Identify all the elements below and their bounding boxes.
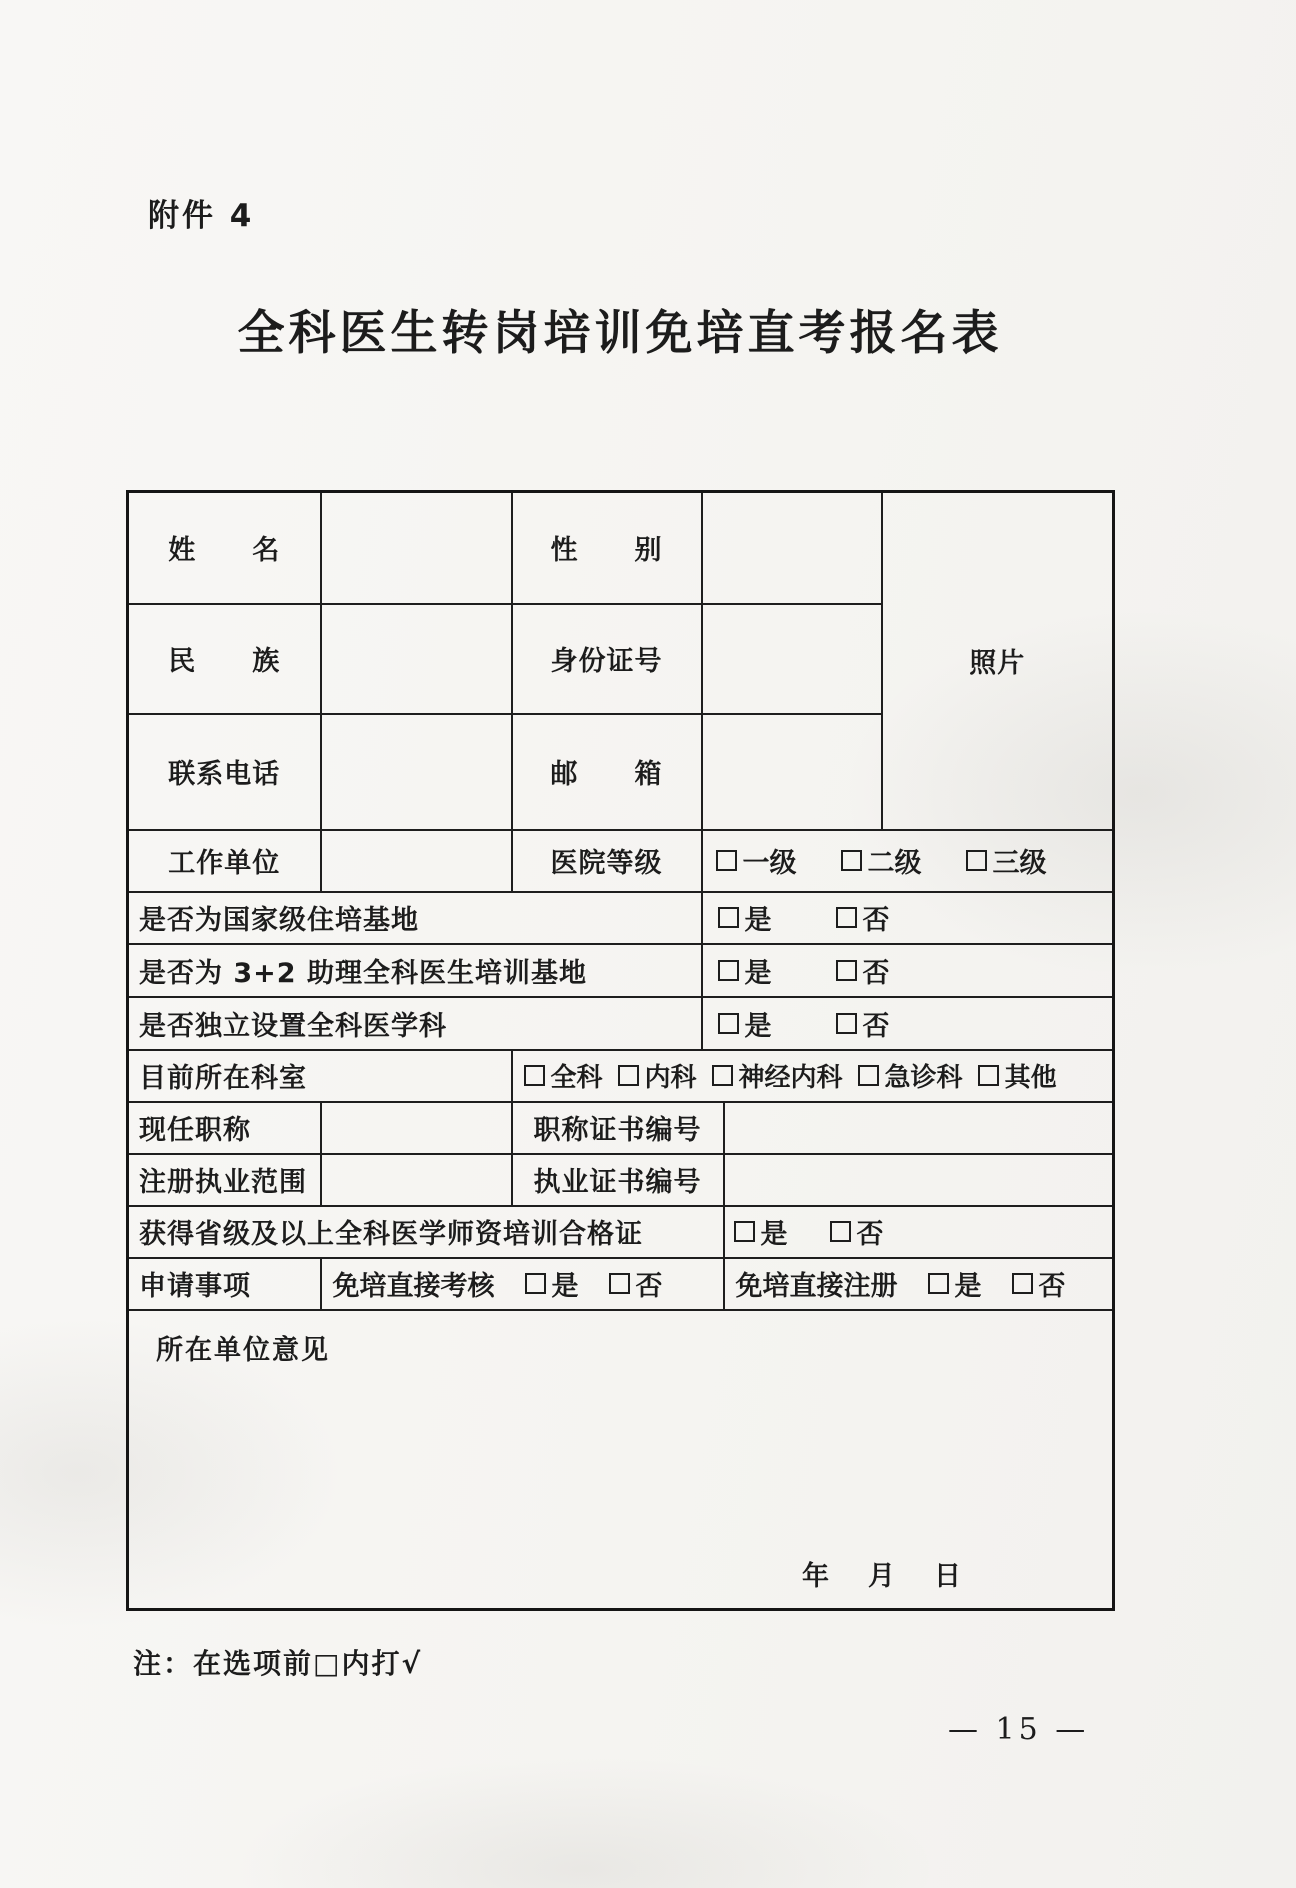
- current-title-label: 现任职称: [128, 1102, 321, 1154]
- option-no: 否: [836, 951, 890, 990]
- phone-label: 联系电话: [128, 714, 321, 830]
- unit-opinion-cell: 所在单位意见 年 月 日: [128, 1310, 1114, 1610]
- direct-exam-label: 免培直接考核: [333, 1264, 495, 1303]
- option-label: 是: [552, 1264, 579, 1303]
- page-number: — 15 —: [948, 1712, 1089, 1747]
- yes-no-options: 是 否: [726, 1212, 1112, 1251]
- row-application: 申请事项 免培直接考核 是 否 免培直接注册 是 否: [128, 1258, 1114, 1310]
- hospital-level-options-cell: 一级 二级 三级: [702, 830, 1114, 892]
- independent-dept-options-cell: 是 否: [702, 997, 1114, 1050]
- checkbox-icon: [836, 960, 857, 981]
- option-no: 否: [609, 1264, 663, 1303]
- id-number-value-cell: [702, 604, 882, 714]
- row-teacher-cert: 获得省级及以上全科医学师资培训合格证 是 否: [128, 1206, 1114, 1258]
- practice-cert-label: 执业证书编号: [512, 1154, 724, 1206]
- registration-table: 姓 名 性 别 照片 民 族 身份证号 联系电话 邮 箱 工作单位 医院等级 一: [126, 490, 1115, 1611]
- checkbox-icon: [618, 1065, 639, 1086]
- application-label: 申请事项: [128, 1258, 321, 1310]
- option-yes: 是: [718, 1004, 772, 1043]
- direct-exam-options: 免培直接考核 是 否: [323, 1264, 722, 1303]
- option-no: 否: [830, 1212, 884, 1251]
- option-label: 是: [745, 951, 772, 990]
- yes-no-options: 是 否: [704, 951, 1112, 990]
- row-unit-opinion: 所在单位意见 年 月 日: [128, 1310, 1114, 1610]
- row-name-gender: 姓 名 性 别 照片: [128, 492, 1114, 604]
- current-dept-options-cell: 全科 内科 神经内科 急诊科 其他: [512, 1050, 1114, 1102]
- ethnicity-label: 民 族: [128, 604, 321, 714]
- email-value-cell: [702, 714, 882, 830]
- national-base-options-cell: 是 否: [702, 892, 1114, 944]
- option-label: 是: [745, 1004, 772, 1043]
- hospital-level-options: 一级 二级 三级: [704, 841, 1112, 880]
- current-dept-label: 目前所在科室: [128, 1050, 512, 1102]
- gender-value-cell: [702, 492, 882, 604]
- teacher-cert-options-cell: 是 否: [724, 1206, 1114, 1258]
- footnote: 注：在选项前□内打√: [133, 1642, 422, 1682]
- yes-no-options: 是 否: [704, 1004, 1112, 1043]
- checkbox-icon: [1012, 1273, 1033, 1294]
- option-label: 是: [761, 1212, 788, 1251]
- option-level-1: 一级: [716, 841, 797, 880]
- photo-cell: 照片: [882, 492, 1114, 830]
- checkbox-icon: [609, 1273, 630, 1294]
- option-label: 否: [863, 951, 890, 990]
- checkbox-icon: [928, 1273, 949, 1294]
- option-label: 否: [863, 898, 890, 937]
- option-label: 内科: [645, 1057, 697, 1094]
- name-value-cell: [321, 492, 512, 604]
- yes-no-options: 是 否: [704, 898, 1112, 937]
- gender-label: 性 别: [512, 492, 702, 604]
- option-level-3: 三级: [966, 841, 1047, 880]
- option-label: 二级: [868, 841, 922, 880]
- option-other: 其他: [978, 1057, 1057, 1094]
- checkbox-icon: [841, 850, 862, 871]
- scanned-page: 附件 4 全科医生转岗培训免培直考报名表 姓 名 性 别 照片 民 族 身份证号…: [0, 0, 1296, 1888]
- option-yes: 是: [734, 1212, 788, 1251]
- work-unit-value-cell: [321, 830, 512, 892]
- row-workunit-level: 工作单位 医院等级 一级 二级 三级: [128, 830, 1114, 892]
- option-no: 否: [836, 1004, 890, 1043]
- hospital-level-label: 医院等级: [512, 830, 702, 892]
- work-unit-label: 工作单位: [128, 830, 321, 892]
- option-label: 全科: [551, 1057, 603, 1094]
- option-yes: 是: [525, 1264, 579, 1303]
- direct-register-label: 免培直接注册: [736, 1264, 898, 1303]
- option-neurology: 神经内科: [712, 1057, 843, 1094]
- row-32-base: 是否为 3+2 助理全科医生培训基地 是 否: [128, 944, 1114, 997]
- option-yes: 是: [718, 951, 772, 990]
- checkbox-icon: [718, 960, 739, 981]
- assistant-base-question: 是否为 3+2 助理全科医生培训基地: [128, 944, 702, 997]
- checkbox-icon: [718, 907, 739, 928]
- checkbox-icon: [716, 850, 737, 871]
- attachment-label: 附件 4: [148, 190, 254, 235]
- name-label: 姓 名: [128, 492, 321, 604]
- checkbox-icon: [966, 850, 987, 871]
- id-number-label: 身份证号: [512, 604, 702, 714]
- option-label: 否: [863, 1004, 890, 1043]
- option-no: 否: [836, 898, 890, 937]
- option-yes: 是: [928, 1264, 982, 1303]
- unit-opinion-label: 所在单位意见: [156, 1328, 1087, 1367]
- checkbox-icon: [734, 1221, 755, 1242]
- independent-dept-question: 是否独立设置全科医学科: [128, 997, 702, 1050]
- checkbox-icon: [712, 1065, 733, 1086]
- option-label: 是: [955, 1264, 982, 1303]
- title-cert-value-cell: [724, 1102, 1114, 1154]
- row-current-dept: 目前所在科室 全科 内科 神经内科 急诊科 其他: [128, 1050, 1114, 1102]
- direct-register-options: 免培直接注册 是 否: [726, 1264, 1112, 1303]
- checkbox-icon: [830, 1221, 851, 1242]
- option-emergency: 急诊科: [858, 1057, 963, 1094]
- option-label: 其他: [1005, 1057, 1057, 1094]
- checkbox-icon: [525, 1273, 546, 1294]
- title-cert-label: 职称证书编号: [512, 1102, 724, 1154]
- checkbox-icon: [718, 1013, 739, 1034]
- current-title-value-cell: [321, 1102, 512, 1154]
- form-title: 全科医生转岗培训免培直考报名表: [0, 296, 1240, 363]
- option-label: 急诊科: [885, 1057, 963, 1094]
- option-label: 否: [1039, 1264, 1066, 1303]
- option-label: 否: [857, 1212, 884, 1251]
- row-practice-scope: 注册执业范围 执业证书编号: [128, 1154, 1114, 1206]
- option-label: 三级: [993, 841, 1047, 880]
- checkbox-icon: [978, 1065, 999, 1086]
- practice-cert-value-cell: [724, 1154, 1114, 1206]
- phone-value-cell: [321, 714, 512, 830]
- date-line: 年 月 日: [802, 1554, 1087, 1593]
- direct-register-cell: 免培直接注册 是 否: [724, 1258, 1114, 1310]
- assistant-base-options-cell: 是 否: [702, 944, 1114, 997]
- option-label: 神经内科: [739, 1057, 843, 1094]
- practice-scope-value-cell: [321, 1154, 512, 1206]
- department-options: 全科 内科 神经内科 急诊科 其他: [514, 1057, 1112, 1094]
- checkbox-icon: [836, 1013, 857, 1034]
- unit-opinion-wrap: 所在单位意见 年 月 日: [130, 1312, 1111, 1607]
- direct-exam-cell: 免培直接考核 是 否: [321, 1258, 724, 1310]
- option-no: 否: [1012, 1264, 1066, 1303]
- row-current-title: 现任职称 职称证书编号: [128, 1102, 1114, 1154]
- option-internal: 内科: [618, 1057, 697, 1094]
- option-general: 全科: [524, 1057, 603, 1094]
- teacher-cert-question: 获得省级及以上全科医学师资培训合格证: [128, 1206, 724, 1258]
- row-national-base: 是否为国家级住培基地 是 否: [128, 892, 1114, 944]
- option-yes: 是: [718, 898, 772, 937]
- row-independent-dept: 是否独立设置全科医学科 是 否: [128, 997, 1114, 1050]
- option-label: 否: [636, 1264, 663, 1303]
- email-label: 邮 箱: [512, 714, 702, 830]
- national-base-question: 是否为国家级住培基地: [128, 892, 702, 944]
- practice-scope-label: 注册执业范围: [128, 1154, 321, 1206]
- checkbox-icon: [836, 907, 857, 928]
- checkbox-icon: [858, 1065, 879, 1086]
- ethnicity-value-cell: [321, 604, 512, 714]
- option-level-2: 二级: [841, 841, 922, 880]
- option-label: 一级: [743, 841, 797, 880]
- option-label: 是: [745, 898, 772, 937]
- checkbox-icon: [524, 1065, 545, 1086]
